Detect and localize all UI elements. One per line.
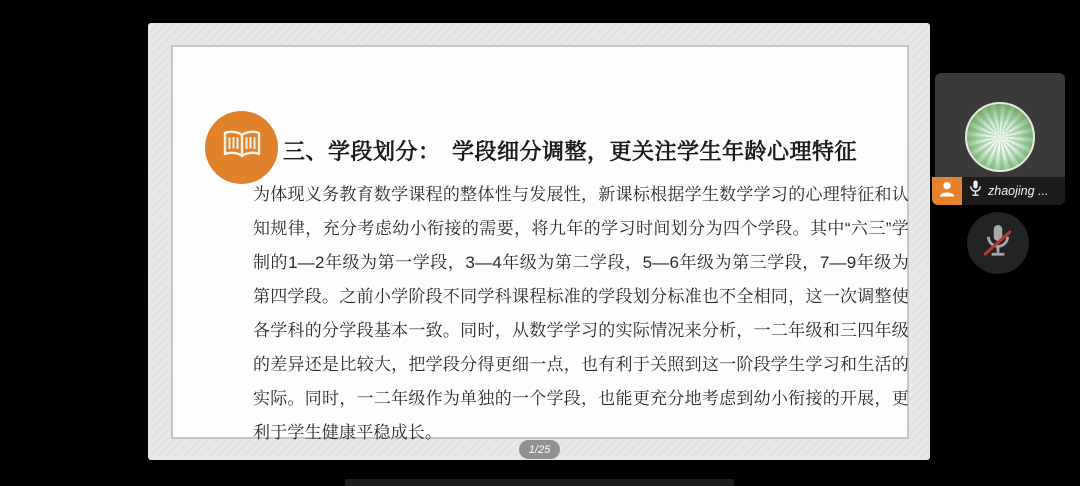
participant-video-tile[interactable]: zhaojing ... xyxy=(935,73,1065,205)
slide-title-badge xyxy=(205,111,278,184)
page-indicator: 1/25 xyxy=(519,440,560,459)
presenter-person-icon xyxy=(937,179,957,204)
muted-participant-mic[interactable] xyxy=(967,212,1029,274)
meeting-screen: 三、学段划分： 学段细分调整，更关注学生年龄心理特征 为体现义务教育数学课程的整… xyxy=(0,0,1080,486)
participant-avatar xyxy=(965,102,1035,172)
presenter-badge xyxy=(932,177,962,205)
slide-title: 三、学段划分： 学段细分调整，更关注学生年龄心理特征 xyxy=(283,135,903,166)
bottom-toolbar-edge xyxy=(345,479,734,486)
participant-name: zhaojing ... xyxy=(988,184,1048,198)
slide-body-text: 为体现义务教育数学课程的整体性与发展性，新课标根据学生数学学习的心理特征和认知规… xyxy=(253,178,909,450)
slide-page: 三、学段划分： 学段细分调整，更关注学生年龄心理特征 为体现义务教育数学课程的整… xyxy=(173,47,907,437)
shared-slide-frame: 三、学段划分： 学段细分调整，更关注学生年龄心理特征 为体现义务教育数学课程的整… xyxy=(148,23,930,460)
participant-name-bar: zhaojing ... xyxy=(932,177,1065,205)
open-book-icon xyxy=(220,127,264,168)
microphone-on-icon xyxy=(969,180,982,202)
